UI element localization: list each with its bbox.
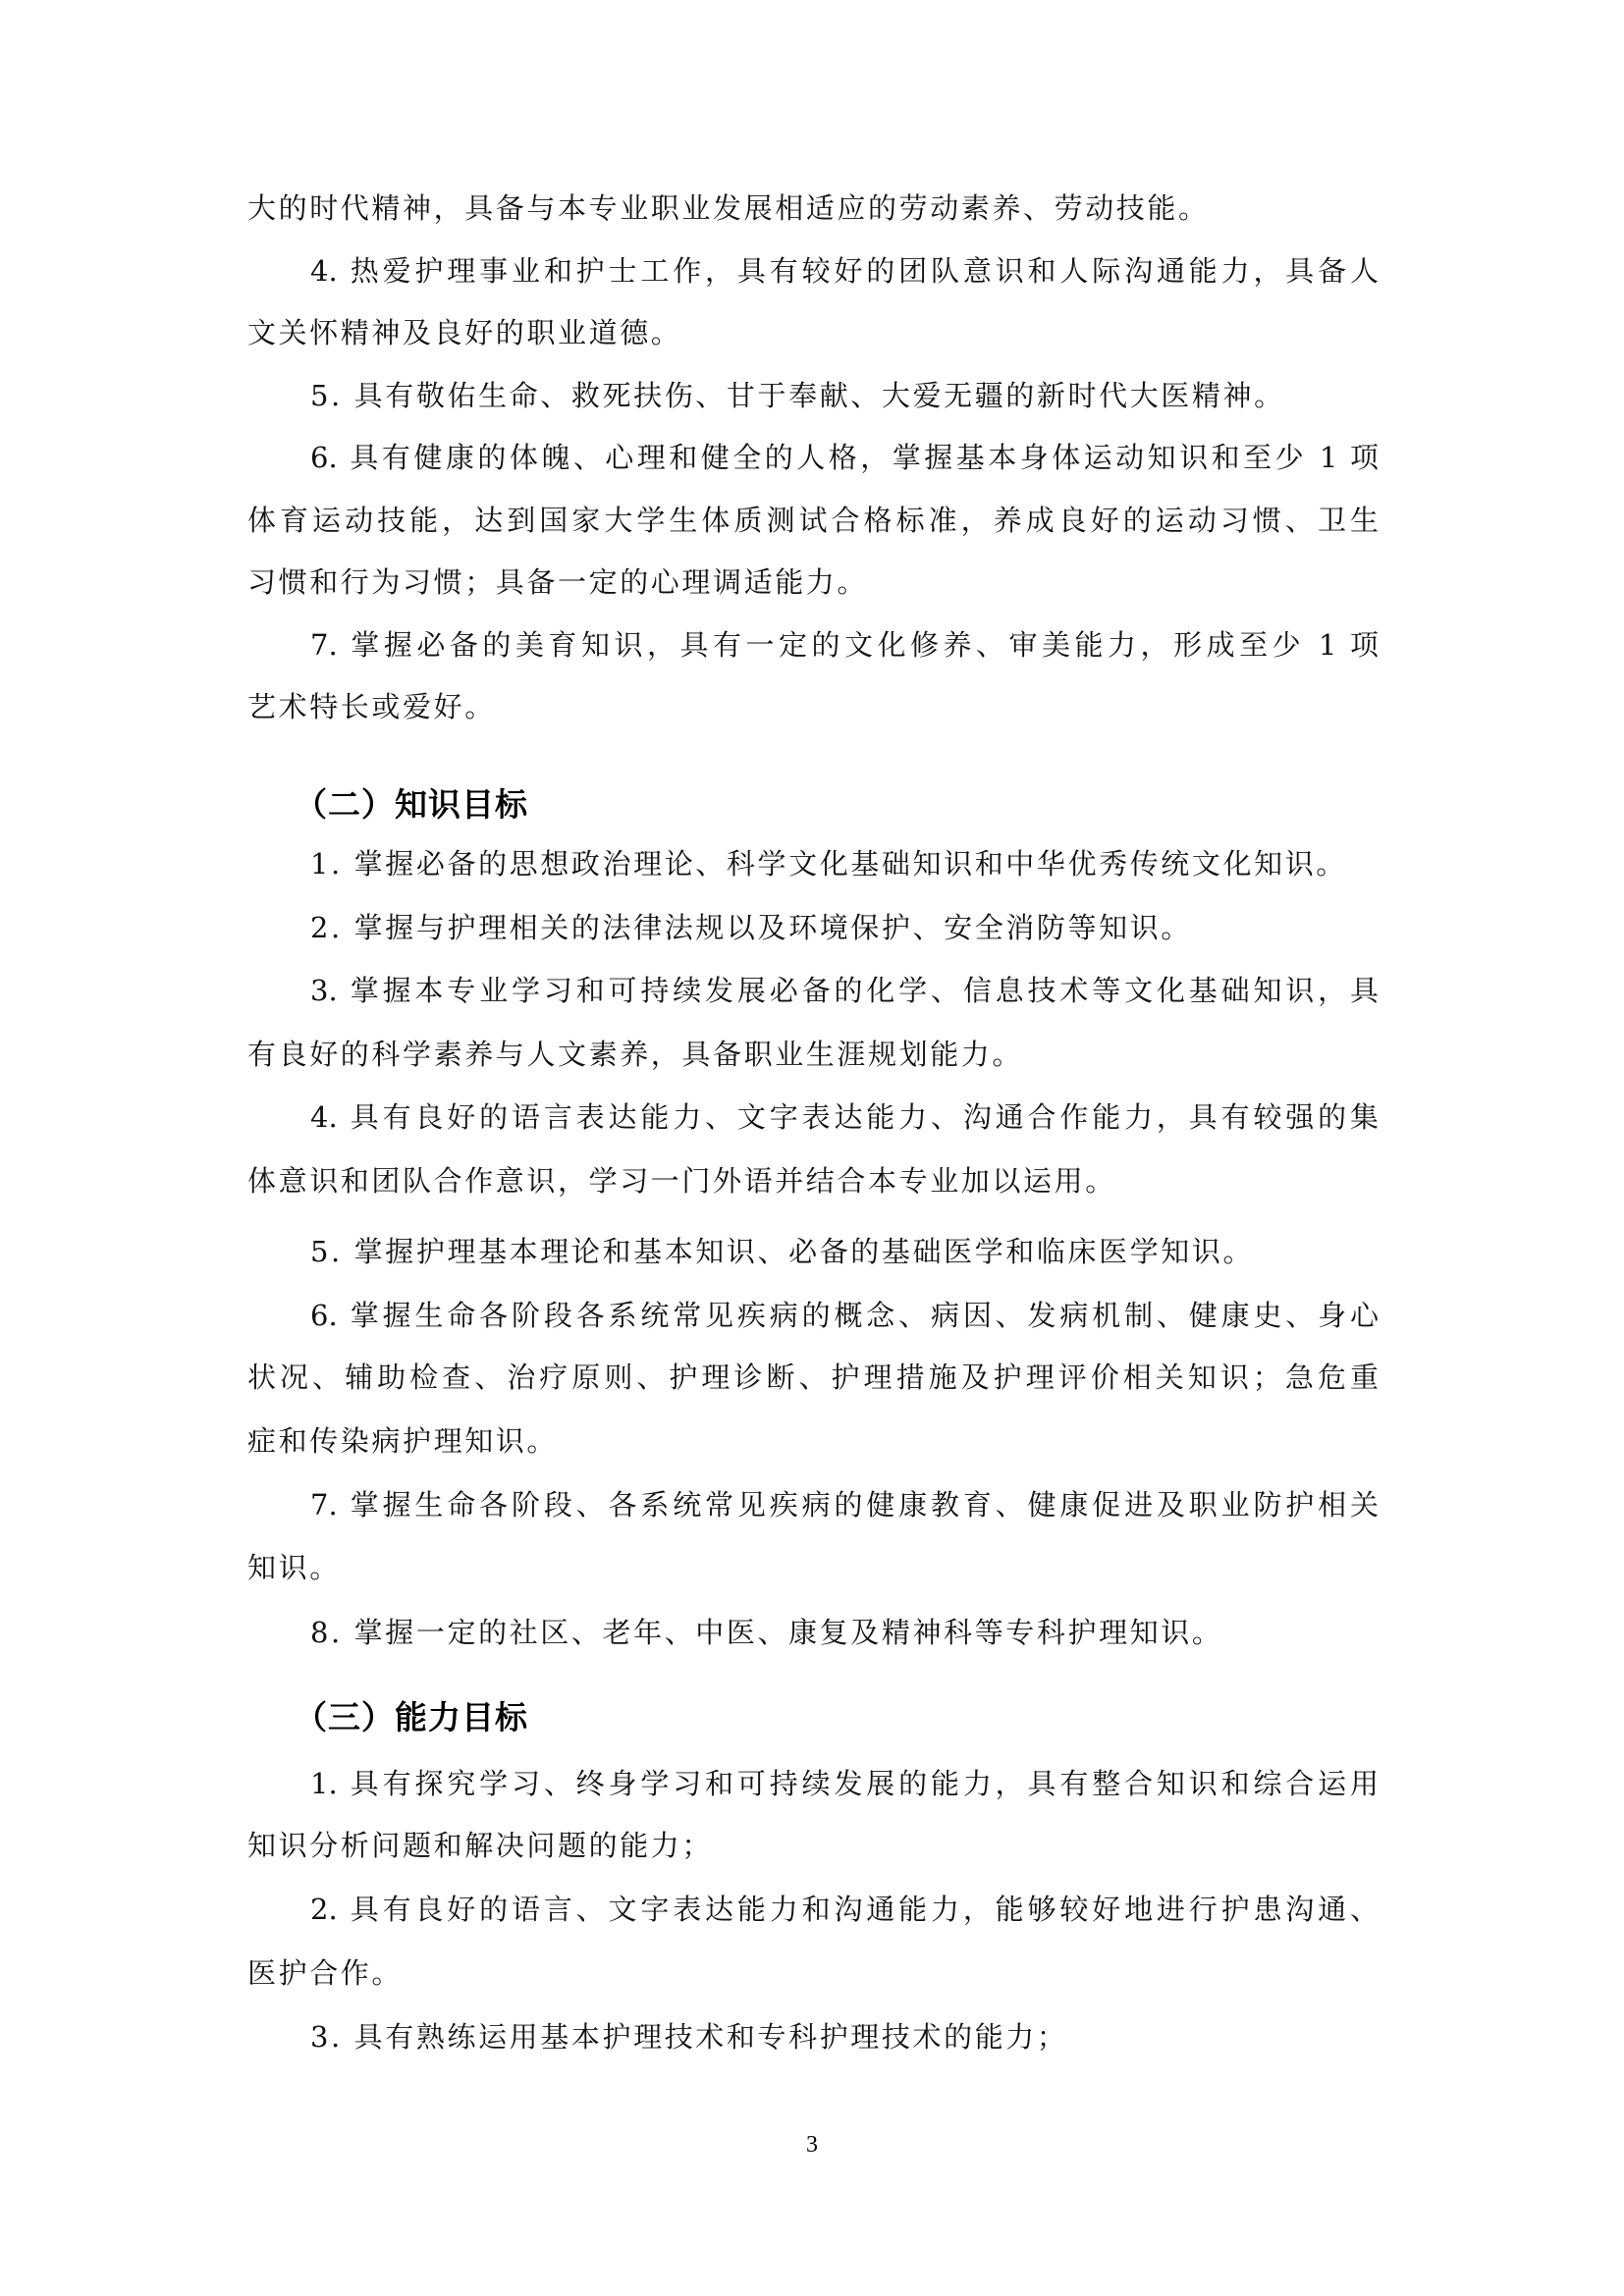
- paragraph-line: 3. 掌握本专业学习和可持续发展必备的化学、信息技术等文化基础知识，具: [310, 971, 1379, 1010]
- paragraph-line: 文关怀精神及良好的职业道德。: [247, 313, 1379, 352]
- paragraph-line: 3. 具有熟练运用基本护理技术和专科护理技术的能力；: [310, 2017, 1379, 2056]
- paragraph-line: 体育运动技能，达到国家大学生体质测试合格标准，养成良好的运动习惯、卫生: [247, 501, 1379, 540]
- paragraph-line: 6. 具有健康的体魄、心理和健全的人格，掌握基本身体运动知识和至少 1 项: [310, 438, 1379, 477]
- paragraph-line: 有良好的科学素养与人文素养，具备职业生涯规划能力。: [247, 1035, 1379, 1074]
- paragraph-line: 知识分析问题和解决问题的能力；: [247, 1826, 1379, 1865]
- page-number: 3: [0, 2132, 1624, 2159]
- paragraph-line: 7. 掌握生命各阶段、各系统常见疾病的健康教育、健康促进及职业防护相关: [310, 1485, 1379, 1524]
- paragraph-line: 体意识和团队合作意识，学习一门外语并结合本专业加以运用。: [247, 1161, 1379, 1201]
- section-heading-ability-goals: （三）能力目标: [295, 1695, 528, 1740]
- paragraph-line: 1. 掌握必备的思想政治理论、科学文化基础知识和中华优秀传统文化知识。: [310, 844, 1379, 883]
- paragraph-line: 6. 掌握生命各阶段各系统常见疾病的概念、病因、发病机制、健康史、身心: [310, 1296, 1379, 1335]
- paragraph-line: 2. 具有良好的语言、文字表达能力和沟通能力，能够较好地进行护患沟通、: [310, 1890, 1379, 1929]
- paragraph-line: 症和传染病护理知识。: [247, 1421, 1379, 1461]
- paragraph-line: 5. 掌握护理基本理论和基本知识、必备的基础医学和临床医学知识。: [310, 1232, 1379, 1271]
- paragraph-line: 2. 掌握与护理相关的法律法规以及环境保护、安全消防等知识。: [310, 908, 1379, 947]
- section-heading-knowledge-goals: （二）知识目标: [295, 782, 528, 828]
- paragraph-line: 医护合作。: [247, 1953, 1379, 1993]
- paragraph-line: 5. 具有敬佑生命、救死扶伤、甘于奉献、大爱无疆的新时代大医精神。: [310, 376, 1379, 415]
- paragraph-line: 7. 掌握必备的美育知识，具有一定的文化修养、审美能力，形成至少 1 项: [310, 625, 1379, 665]
- paragraph-line: 4. 具有良好的语言表达能力、文字表达能力、沟通合作能力，具有较强的集: [310, 1097, 1379, 1137]
- paragraph-line: 1. 具有探究学习、终身学习和可持续发展的能力，具有整合知识和综合运用: [310, 1764, 1379, 1803]
- paragraph-line: 状况、辅助检查、治疗原则、护理诊断、护理措施及护理评价相关知识；急危重: [247, 1358, 1379, 1397]
- paragraph-line: 知识。: [247, 1548, 1379, 1587]
- paragraph-line: 大的时代精神，具备与本专业职业发展相适应的劳动素养、劳动技能。: [247, 188, 1379, 228]
- paragraph-line: 4. 热爱护理事业和护士工作，具有较好的团队意识和人际沟通能力，具备人: [310, 251, 1379, 291]
- paragraph-line: 艺术特长或爱好。: [247, 687, 1379, 726]
- document-page: 大的时代精神，具备与本专业职业发展相适应的劳动素养、劳动技能。 4. 热爱护理事…: [0, 0, 1624, 2296]
- paragraph-line: 8. 掌握一定的社区、老年、中医、康复及精神科等专科护理知识。: [310, 1613, 1379, 1652]
- paragraph-line: 习惯和行为习惯；具备一定的心理调适能力。: [247, 562, 1379, 602]
